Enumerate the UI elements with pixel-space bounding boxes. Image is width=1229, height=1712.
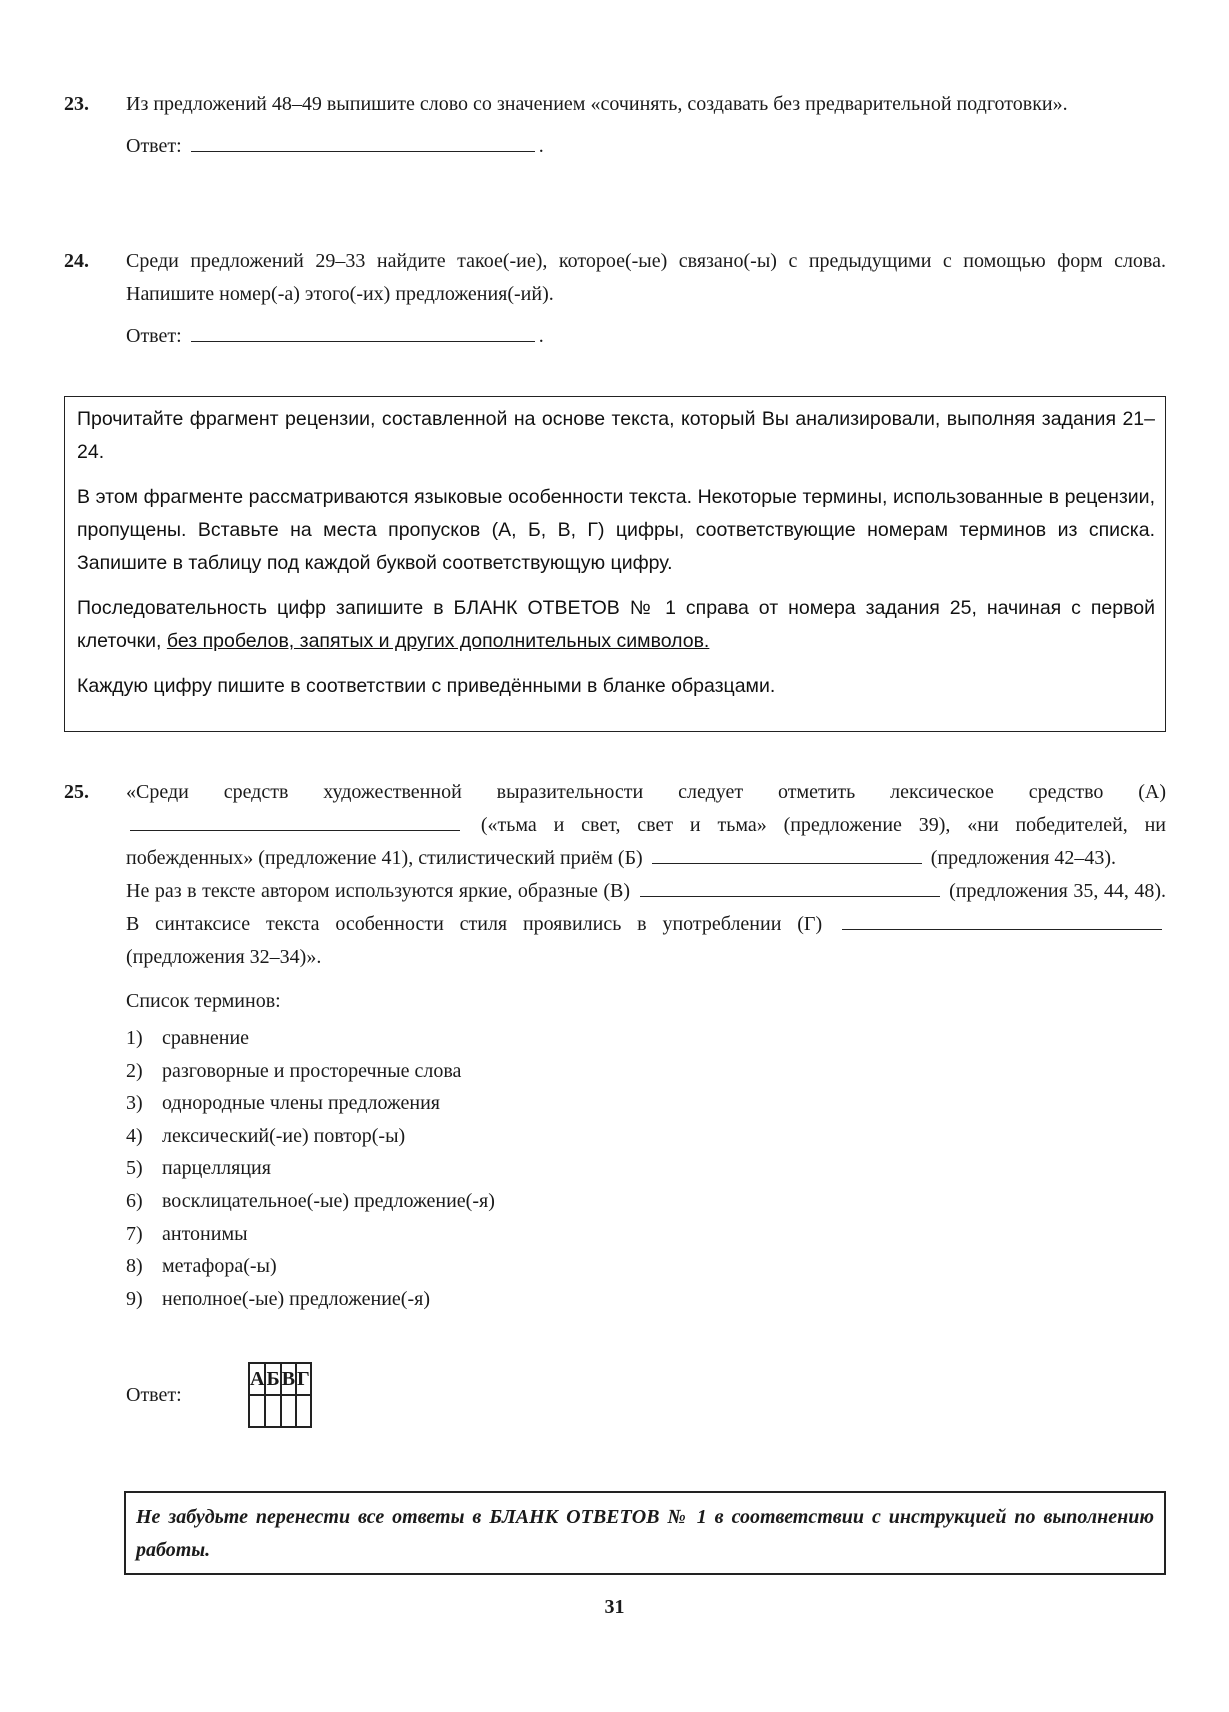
term-label: антонимы (162, 1223, 248, 1245)
gap-g-field[interactable] (842, 909, 1162, 930)
review-segment: «Среди средств художественной выразитель… (126, 781, 1166, 803)
instruction-paragraph: Каждую цифру пишите в соответствии с при… (77, 670, 1155, 703)
answer-label: Ответ: (126, 1384, 182, 1407)
term-label: парцелляция (162, 1157, 271, 1179)
term-number: 5) (126, 1152, 162, 1185)
instruction-box: Прочитайте фрагмент рецензии, составленн… (64, 396, 1166, 732)
term-item: 2)разговорные и просторечные слова (126, 1055, 1166, 1088)
answer-cell[interactable] (265, 1395, 280, 1427)
task-number: 25. (64, 776, 89, 809)
term-label: лексический(-ие) повтор(-ы) (162, 1125, 405, 1147)
term-number: 1) (126, 1022, 162, 1055)
answer-table: АБВГ (248, 1362, 312, 1428)
gap-b-field[interactable] (652, 843, 922, 864)
term-item: 9)неполное(-ые) предложение(-я) (126, 1283, 1166, 1316)
term-item: 3)однородные члены предложения (126, 1087, 1166, 1120)
page-number: 31 (0, 1596, 1229, 1619)
answer-cell[interactable] (281, 1395, 296, 1427)
answer-field[interactable] (191, 321, 535, 342)
task-number: 23. (64, 88, 89, 121)
instruction-paragraph: Последовательность цифр запишите в БЛАНК… (77, 592, 1155, 658)
term-label: однородные члены предложения (162, 1092, 440, 1114)
term-item: 5)парцелляция (126, 1152, 1166, 1185)
term-item: 6)восклицательное(-ые) предложение(-я) (126, 1185, 1166, 1218)
answer-table-letter: Г (296, 1363, 311, 1395)
term-number: 2) (126, 1055, 162, 1088)
instruction-paragraph: В этом фрагменте рассматриваются языковы… (77, 481, 1155, 580)
review-segment: Не раз в тексте автором используются ярк… (126, 880, 630, 902)
answer-table-letter: В (281, 1363, 296, 1395)
answer-label: Ответ: (126, 135, 182, 157)
term-number: 9) (126, 1283, 162, 1316)
task-23: 23. Из предложений 48–49 выпишите слово … (64, 88, 1166, 163)
answer-field[interactable] (191, 131, 535, 152)
task-number: 24. (64, 245, 89, 278)
answer-cell[interactable] (249, 1395, 265, 1427)
task-text: Из предложений 48–49 выпишите слово со з… (126, 88, 1166, 121)
task-24: 24. Среди предложений 29–33 найдите тако… (64, 245, 1166, 353)
answer-label: Ответ: (126, 325, 182, 347)
answer-row: Ответ: . (126, 130, 1166, 163)
answer-cell[interactable] (296, 1395, 311, 1427)
task-25: 25. «Среди средств художественной вырази… (64, 776, 1166, 1315)
term-number: 3) (126, 1087, 162, 1120)
instruction-emphasis: без пробелов, запятых и других дополните… (167, 630, 709, 652)
terms-title: Список терминов: (126, 985, 1166, 1018)
term-label: сравнение (162, 1027, 249, 1049)
term-item: 1)сравнение (126, 1022, 1166, 1055)
term-label: разговорные и просторечные слова (162, 1060, 461, 1082)
review-segment: (предложения 32–34)». (126, 946, 321, 968)
term-number: 8) (126, 1250, 162, 1283)
term-number: 7) (126, 1218, 162, 1251)
gap-v-field[interactable] (640, 876, 940, 897)
term-label: метафора(-ы) (162, 1255, 277, 1277)
instruction-paragraph: Прочитайте фрагмент рецензии, составленн… (77, 403, 1155, 469)
term-item: 8)метафора(-ы) (126, 1250, 1166, 1283)
review-text: «Среди средств художественной выразитель… (126, 776, 1166, 875)
review-text: Не раз в тексте автором используются ярк… (126, 875, 1166, 974)
term-number: 4) (126, 1120, 162, 1153)
terms-list: 1)сравнение2)разговорные и просторечные … (126, 1022, 1166, 1315)
answer-table-letter: А (249, 1363, 265, 1395)
answer-row: Ответ: . (126, 320, 1166, 353)
review-segment: (предложения 42–43). (931, 847, 1116, 869)
term-item: 7)антонимы (126, 1218, 1166, 1251)
answer-table-values (249, 1395, 311, 1427)
term-number: 6) (126, 1185, 162, 1218)
gap-a-field[interactable] (130, 810, 460, 831)
answer-table-letter: Б (265, 1363, 280, 1395)
reminder-box: Не забудьте перенести все ответы в БЛАНК… (124, 1491, 1166, 1575)
term-item: 4)лексический(-ие) повтор(-ы) (126, 1120, 1166, 1153)
term-label: неполное(-ые) предложение(-я) (162, 1288, 430, 1310)
term-label: восклицательное(-ые) предложение(-я) (162, 1190, 495, 1212)
answer-table-header: АБВГ (249, 1363, 311, 1395)
task-text: Среди предложений 29–33 найдите такое(-и… (126, 245, 1166, 311)
